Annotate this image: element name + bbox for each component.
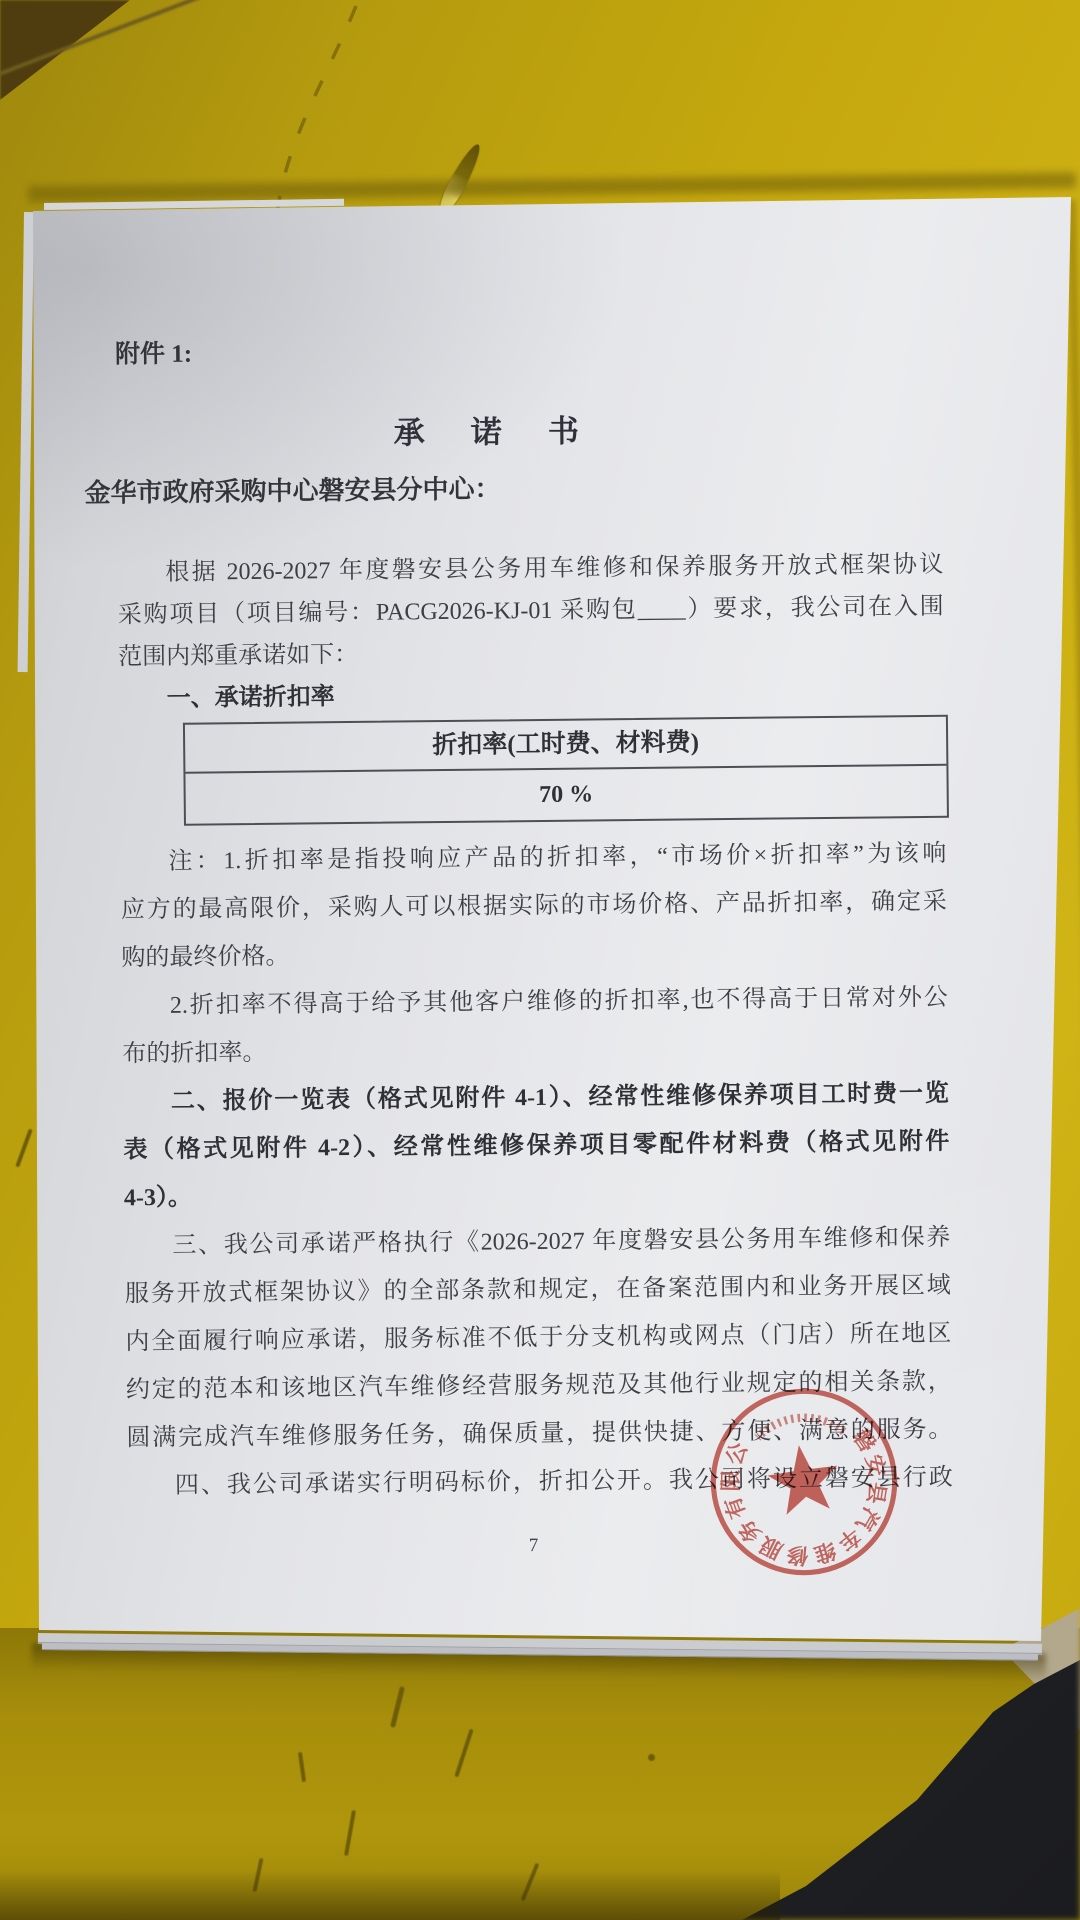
company-seal-stamp: 磐安县汽车维修服务有限公司 bbox=[701, 1379, 907, 1585]
attachment-label: 附件 1: bbox=[115, 334, 192, 371]
doc-line: 4-3）。 bbox=[124, 1166, 950, 1223]
doc-line: 三、我公司承诺严格执行《2026-2027 年度磐安县公务用车维修和保养 bbox=[124, 1214, 950, 1271]
discount-rate-table: 折扣率(工时费、材料费) 70 % bbox=[183, 715, 949, 826]
doc-line: 应方的最高限价，采购人可以根据实际的市场价格、产品折扣率，确定采 bbox=[121, 878, 947, 935]
doc-line: 内全面履行响应承诺，服务标准不低于分支机构或网点（门店）所在地区 bbox=[125, 1310, 951, 1367]
seal-star-icon bbox=[764, 1440, 843, 1516]
doc-line: 2.折扣率不得高于给予其他客户维修的折扣率,也不得高于日常对外公 bbox=[122, 974, 948, 1031]
doc-line: 注：1.折扣率是指投响应产品的折扣率，“市场价×折扣率”为该响 bbox=[120, 830, 946, 887]
svg-text:磐安县汽车维修服务有限公司: 磐安县汽车维修服务有限公司 bbox=[715, 1421, 907, 1585]
document-content: 附件 1: 承 诺 书 金华市政府采购中心磐安县分中心： 根据 2026-202… bbox=[0, 0, 1080, 1920]
doc-line: 表（格式见附件 4-2）、经常性维修保养项目零配件材料费（格式见附件 bbox=[123, 1118, 949, 1175]
doc-line: 一、承诺折扣率 bbox=[118, 670, 944, 721]
body-paragraphs-top: 根据 2026-2027 年度磐安县公务用车维修和保养服务开放式框架协议采购项目… bbox=[117, 544, 945, 721]
doc-line: 二、报价一览表（格式见附件 4-1）、经常性维修保养项目工时费一览 bbox=[123, 1070, 949, 1127]
doc-line: 布的折扣率。 bbox=[122, 1022, 948, 1079]
doc-line: 采购项目（项目编号：PACG2026-KJ-01 采购包____）要求，我公司在… bbox=[118, 586, 944, 637]
addressee-line: 金华市政府采购中心磐安县分中心： bbox=[84, 468, 500, 509]
table-header-cell: 折扣率(工时费、材料费) bbox=[185, 717, 946, 774]
doc-line: 购的最终价格。 bbox=[121, 926, 947, 983]
bottom-shadow bbox=[0, 1870, 780, 1920]
photo-of-document: 附件 1: 承 诺 书 金华市政府采购中心磐安县分中心： 根据 2026-202… bbox=[0, 0, 1080, 1920]
table-value-cell: 70 % bbox=[185, 766, 946, 824]
document-body: 根据 2026-2027 年度磐安县公务用车维修和保养服务开放式框架协议采购项目… bbox=[117, 544, 953, 1511]
seal-number-arc bbox=[756, 1415, 843, 1438]
doc-line: 服务开放式框架协议》的全部条款和规定，在备案范围内和业务开展区域 bbox=[125, 1262, 951, 1319]
seal-ring-text: 磐安县汽车维修服务有限公司 bbox=[715, 1421, 907, 1585]
document-title: 承 诺 书 bbox=[116, 402, 876, 455]
